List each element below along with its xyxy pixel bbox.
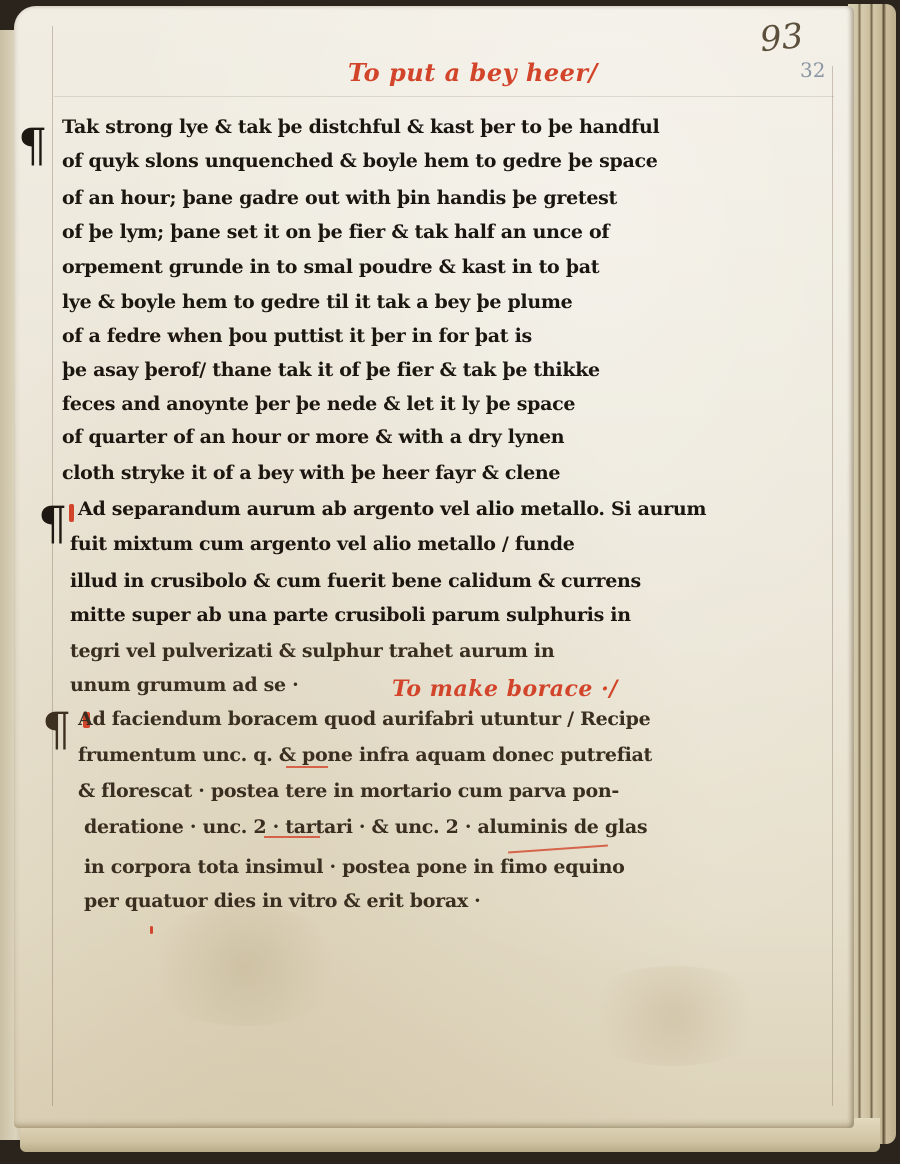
text-line: per quatuor dies in vitro & erit borax · — [84, 892, 884, 911]
text-line: Ad separandum aurum ab argento vel alio … — [78, 500, 878, 519]
text-line: of an hour; þane gadre out with þin hand… — [62, 189, 862, 208]
text-line: & florescat · postea tere in mortario cu… — [78, 782, 878, 801]
stain — [134, 906, 354, 1026]
text-line: of quarter of an hour or more & with a d… — [62, 428, 862, 447]
folio-number: 93 — [758, 16, 805, 60]
text-line: of a fedre when þou puttist it þer in fo… — [62, 327, 862, 346]
head-ruling — [54, 96, 834, 97]
text-line: orpement grunde in to smal poudre & kast… — [62, 258, 862, 277]
text-line: feces and anoynte þer þe nede & let it l… — [62, 395, 862, 414]
margin-ruling-left — [52, 26, 53, 1106]
text-line: tegri vel pulverizati & sulphur trahet a… — [70, 642, 870, 661]
text-line: frumentum unc. q. & pone infra aquam don… — [78, 746, 878, 765]
text-line: in corpora tota insimul · postea pone in… — [84, 858, 884, 877]
rubric-title-2: To make borace ·/ — [392, 676, 618, 702]
pilcrow-icon: ¶ — [18, 122, 47, 168]
rubric-title-1: To put a bey heer/ — [348, 58, 598, 87]
text-line: þe asay þerof/ thane tak it of þe fier &… — [62, 361, 862, 380]
stain — [574, 966, 774, 1066]
text-line: cloth stryke it of a bey with þe heer fa… — [62, 464, 862, 483]
red-underline — [264, 836, 320, 838]
text-line: of þe lym; þane set it on þe fier & tak … — [62, 223, 862, 242]
text-line: Tak strong lye & tak þe distchful & kast… — [62, 118, 862, 137]
text-line: Ad faciendum boracem quod aurifabri utun… — [78, 710, 878, 729]
red-initial-mark — [69, 504, 74, 522]
text-line: lye & boyle hem to gedre til it tak a be… — [62, 293, 862, 312]
pilcrow-icon: ¶ — [42, 706, 71, 752]
text-line: mitte super ab una parte crusiboli parum… — [70, 606, 870, 625]
text-line: deratione · unc. 2 · tartari · & unc. 2 … — [84, 818, 884, 837]
text-line: of quyk slons unquenched & boyle hem to … — [62, 152, 862, 171]
manuscript-page — [14, 6, 854, 1128]
red-underline — [286, 766, 328, 768]
red-mark — [150, 926, 153, 934]
folio-number-alt: 32 — [800, 58, 825, 82]
text-line: fuit mixtum cum argento vel alio metallo… — [70, 535, 870, 554]
text-line: illud in crusibolo & cum fuerit bene cal… — [70, 572, 870, 591]
pilcrow-icon: ¶ — [38, 500, 67, 546]
